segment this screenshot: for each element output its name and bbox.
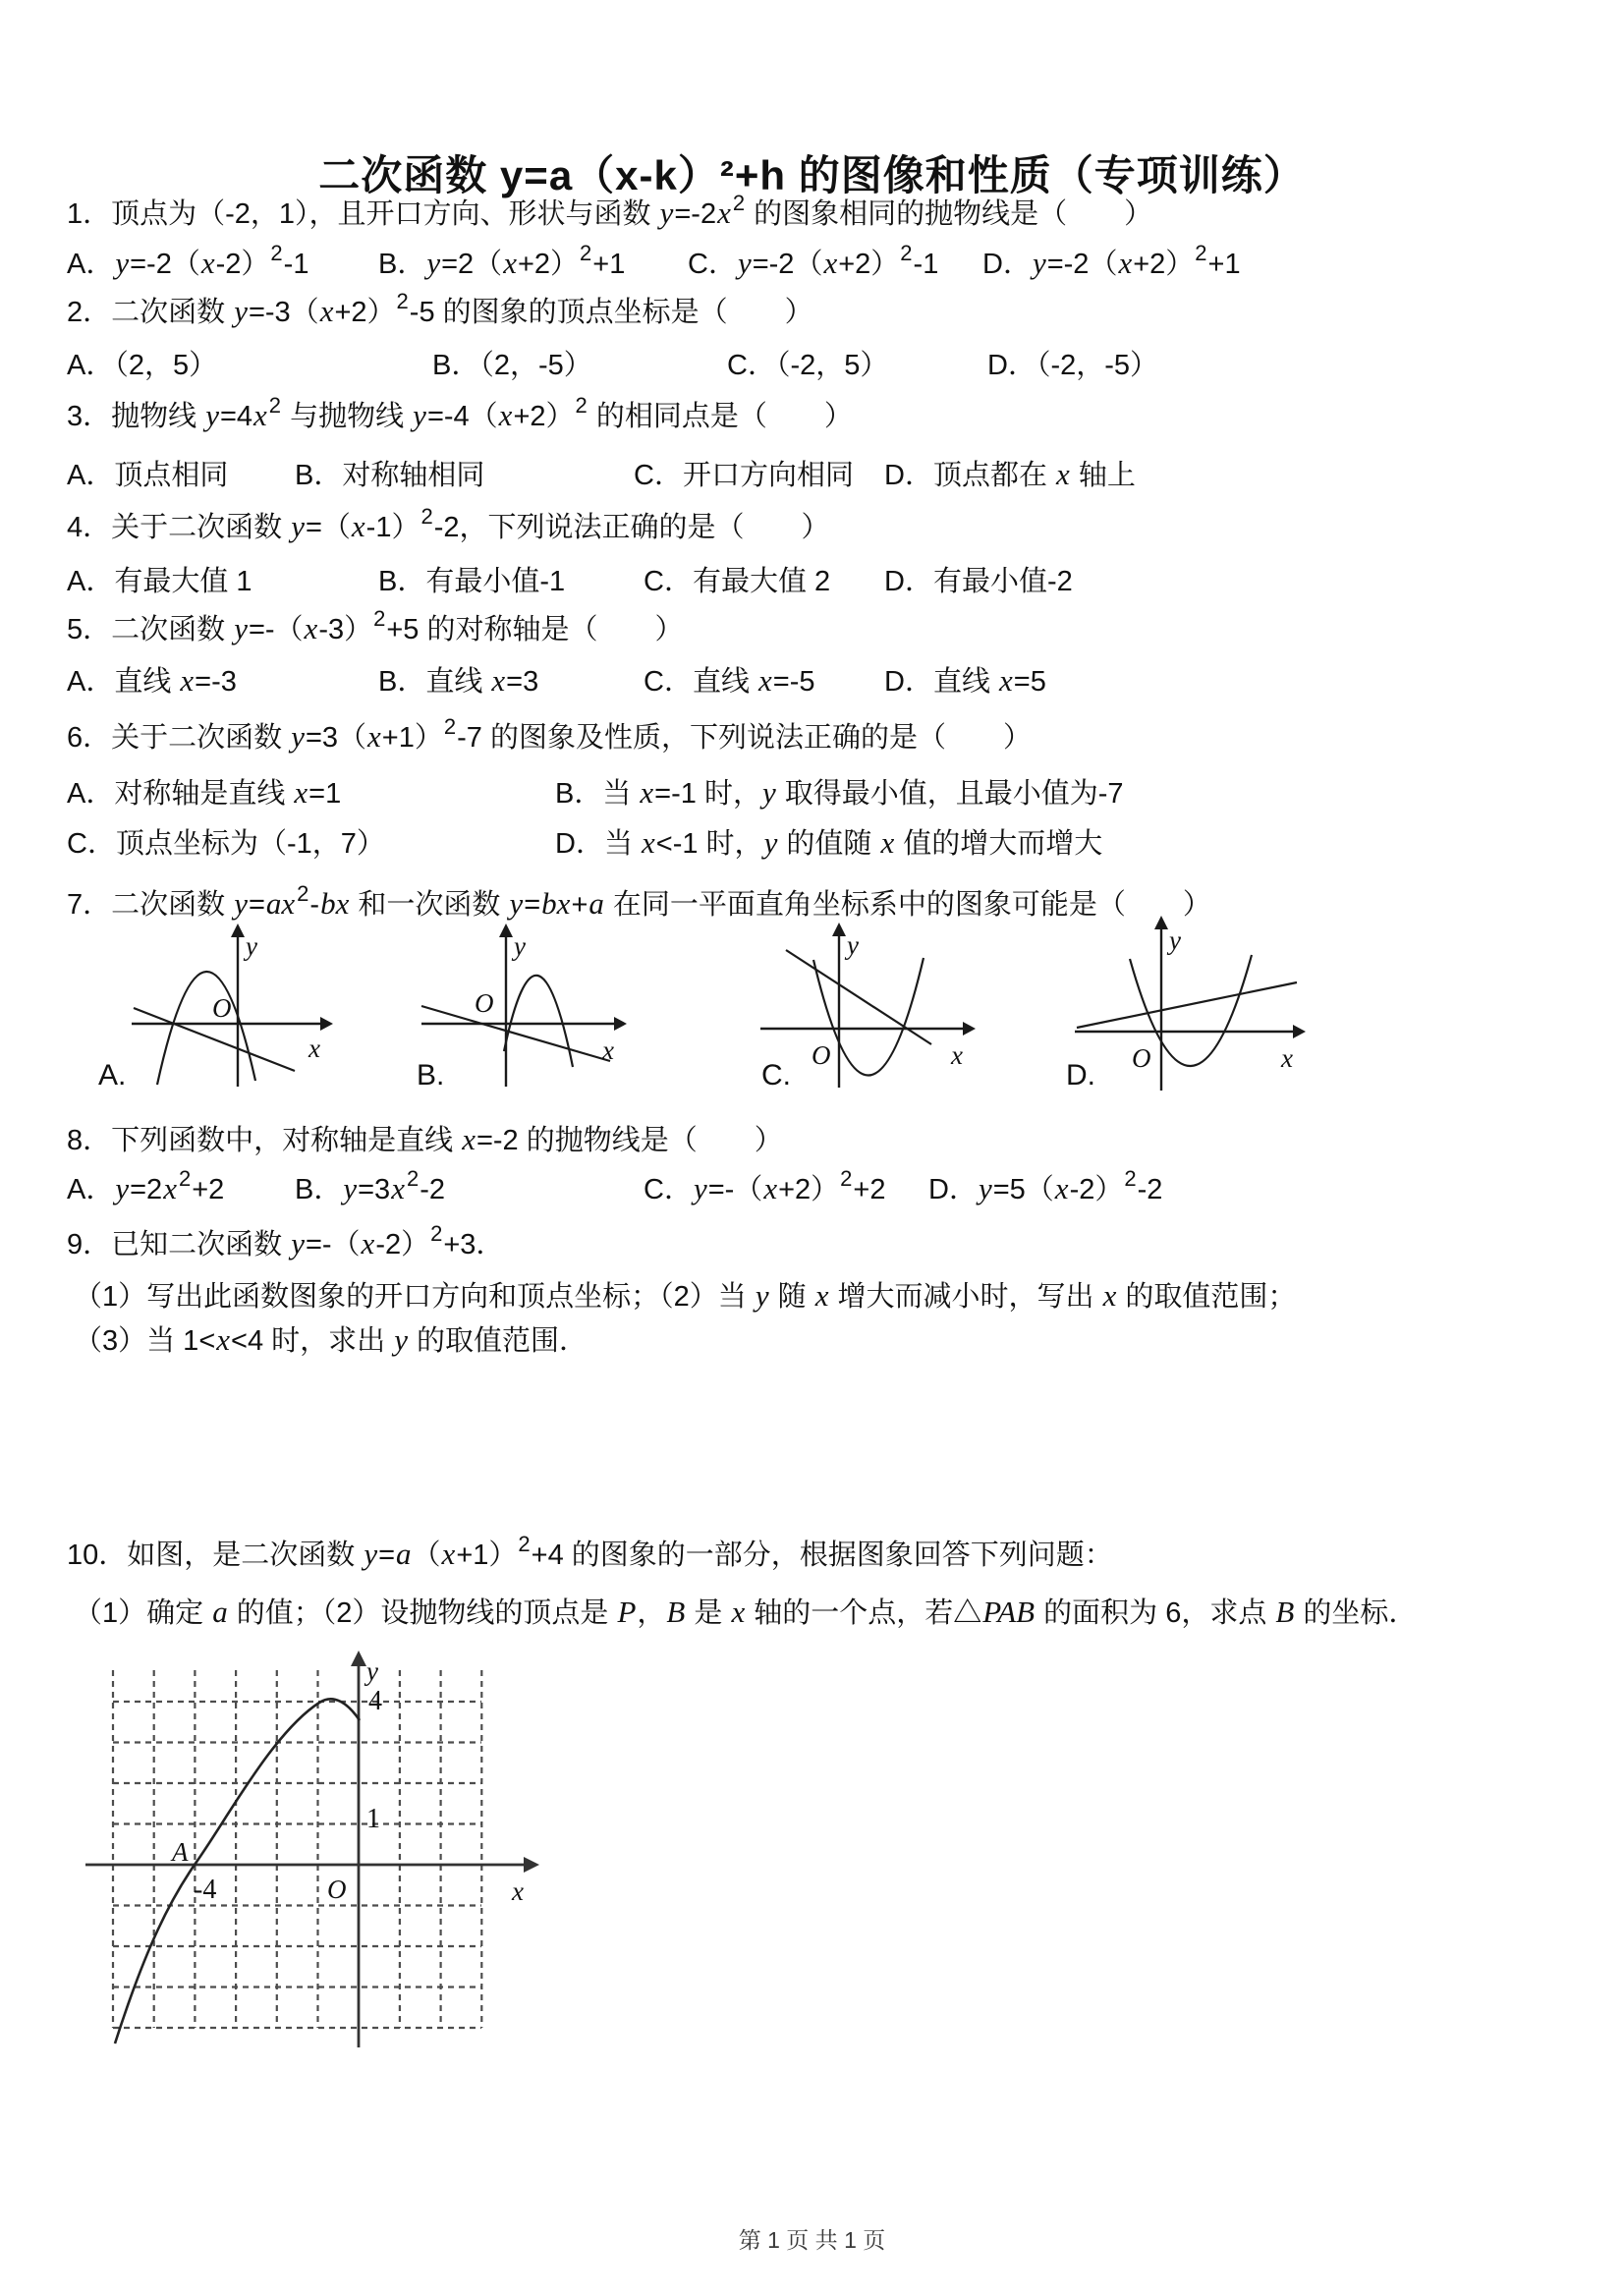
x-axis-label: x <box>1280 1043 1293 1073</box>
y-arrow-icon <box>351 1651 366 1666</box>
q7-graph-d: y O x <box>1071 912 1307 1093</box>
tick-label-4: 4 <box>368 1686 382 1716</box>
question-2-stem: 2．二次函数 y=-3（x+2）2-5 的图象的顶点坐标是（ ） <box>67 291 813 335</box>
question-5-options: A．直线 x=-3 B．直线 x=3 C．直线 x=-5 D．直线 x=5 <box>67 660 1046 702</box>
option-a: A．y=2x2+2 <box>67 1168 295 1212</box>
question-10-stem: 10．如图，是二次函数 y=a（x+1）2+4 的图象的一部分，根据图象回答下列… <box>67 1534 1113 1578</box>
q10-figure: y 4 1 -4 O A x <box>84 1651 545 2068</box>
question-1-options: A．y=-2（x-2）2-1 B．y=2（x+2）2+1 C．y=-2（x+2）… <box>67 243 1241 287</box>
option-a: A．y=-2（x-2）2-1 <box>67 243 378 287</box>
y-arrow-icon <box>231 924 245 937</box>
x-arrow-icon <box>320 1017 333 1031</box>
option-b: B．y=3x2-2 <box>295 1168 644 1212</box>
option-a: A．直线 x=-3 <box>67 660 378 702</box>
option-d: D．y=-2（x+2）2+1 <box>982 243 1241 287</box>
y-axis-label: y <box>243 931 257 961</box>
question-2-options: A．（2，5） B．（2，-5） C．（-2，5） D．（-2，-5） <box>67 345 1158 386</box>
worksheet-page: 二次函数 y=a（x-k）²+h 的图像和性质（专项训练） 1．顶点为（-2，1… <box>0 0 1624 2296</box>
option-a: A．（2，5） <box>67 345 432 386</box>
question-10-part-1-2: （1）确定 a 的值；（2）设抛物线的顶点是 P，B 是 x 轴的一个点，若△P… <box>74 1592 1417 1634</box>
option-b: B．当 x=-1 时，y 取得最小值，且最小值为-7 <box>555 772 1124 814</box>
question-5-stem: 5．二次函数 y=-（x-3）2+5 的对称轴是（ ） <box>67 608 683 652</box>
x-axis-label: x <box>950 1040 963 1070</box>
graph-label-c: C. <box>761 1059 791 1092</box>
question-1-stem: 1．顶点为（-2，1），且开口方向、形状与函数 y=-2x2 的图象相同的抛物线… <box>67 193 1152 237</box>
x-axis-label: x <box>511 1876 524 1906</box>
option-c: C．y=-2（x+2）2-1 <box>688 243 982 287</box>
option-d: D．直线 x=5 <box>884 660 1046 702</box>
question-6-options-row-2: C．顶点坐标为（-1，7） D．当 x<-1 时，y 的值随 x 值的增大而增大 <box>67 822 1102 865</box>
origin-label: O <box>212 993 232 1023</box>
option-b: B．y=2（x+2）2+1 <box>378 243 688 287</box>
option-d: D．有最小值-2 <box>884 561 1073 602</box>
grid-vertical-lines <box>113 1670 481 2028</box>
option-c: C．有最大值 2 <box>644 561 884 602</box>
option-c: C．（-2，5） <box>727 345 987 386</box>
option-a: A．对称轴是直线 x=1 <box>67 772 555 814</box>
option-b: B．有最小值-1 <box>378 561 644 602</box>
tick-label-neg4: -4 <box>194 1875 216 1905</box>
origin-label: O <box>475 988 494 1018</box>
graph-label-d: D. <box>1066 1059 1095 1092</box>
question-6-options-row-1: A．对称轴是直线 x=1 B．当 x=-1 时，y 取得最小值，且最小值为-7 <box>67 772 1124 814</box>
option-a: A．有最大值 1 <box>67 561 378 602</box>
y-axis-label: y <box>1166 925 1181 955</box>
point-a-label: A <box>170 1837 189 1867</box>
y-axis-label: y <box>844 930 859 960</box>
x-arrow-icon <box>1293 1025 1306 1038</box>
option-c: C．y=-（x+2）2+2 <box>644 1168 928 1212</box>
origin-label: O <box>1132 1043 1151 1073</box>
option-b: B．直线 x=3 <box>378 660 644 702</box>
y-arrow-icon <box>1154 916 1168 929</box>
question-8-options: A．y=2x2+2 B．y=3x2-2 C．y=-（x+2）2+2 D．y=5（… <box>67 1168 1162 1212</box>
line-graph <box>786 950 931 1044</box>
x-axis-label: x <box>601 1036 614 1065</box>
option-d: D．顶点都在 x 轴上 <box>884 454 1136 496</box>
option-a: A．顶点相同 <box>67 455 295 496</box>
line-graph <box>421 1006 610 1061</box>
parabola-curve <box>157 972 255 1085</box>
graph-label-b: B. <box>417 1059 444 1092</box>
y-axis-label: y <box>511 931 526 961</box>
x-arrow-icon <box>614 1017 627 1031</box>
option-d: D．y=5（x-2）2-2 <box>928 1168 1162 1212</box>
option-d: D．当 x<-1 时，y 的值随 x 值的增大而增大 <box>555 822 1102 865</box>
q7-graph-a: y O x <box>128 922 334 1089</box>
question-6-stem: 6．关于二次函数 y=3（x+1）2-7 的图象及性质，下列说法正确的是（ ） <box>67 716 1032 760</box>
option-b: B．（2，-5） <box>432 345 727 386</box>
x-axis-label: x <box>308 1034 320 1063</box>
page-footer: 第 1 页 共 1 页 <box>0 2222 1624 2255</box>
y-arrow-icon <box>832 923 846 936</box>
question-4-options: A．有最大值 1 B．有最小值-1 C．有最大值 2 D．有最小值-2 <box>67 561 1073 602</box>
y-axis-label: y <box>364 1656 378 1686</box>
y-arrow-icon <box>499 924 513 937</box>
question-9-part-3: （3）当 1<x<4 时，求出 y 的取值范围． <box>74 1319 588 1362</box>
q7-graph-b: y O x <box>418 922 629 1089</box>
option-b: B．对称轴相同 <box>295 455 634 496</box>
x-arrow-icon <box>524 1857 539 1873</box>
x-arrow-icon <box>963 1022 976 1036</box>
graph-label-a: A. <box>98 1059 126 1092</box>
question-4-stem: 4．关于二次函数 y=（x-1）2-2，下列说法正确的是（ ） <box>67 506 830 550</box>
option-c: C．顶点坐标为（-1，7） <box>67 823 555 865</box>
tick-label-1: 1 <box>366 1804 380 1834</box>
option-d: D．（-2，-5） <box>987 345 1158 386</box>
parabola-curve <box>115 1699 360 2044</box>
origin-label: O <box>812 1040 831 1070</box>
question-8-stem: 8．下列函数中，对称轴是直线 x=-2 的抛物线是（ ） <box>67 1119 783 1161</box>
question-3-stem: 3．抛物线 y=4x2 与抛物线 y=-4（x+2）2 的相同点是（ ） <box>67 395 853 439</box>
question-3-options: A．顶点相同 B．对称轴相同 C．开口方向相同 D．顶点都在 x 轴上 <box>67 454 1136 496</box>
line-graph <box>1077 982 1297 1028</box>
question-9-stem: 9．已知二次函数 y=-（x-2）2+3． <box>67 1223 504 1267</box>
origin-label: O <box>327 1875 347 1904</box>
option-c: C．直线 x=-5 <box>644 660 884 702</box>
parabola-curve <box>504 976 573 1067</box>
option-c: C．开口方向相同 <box>634 455 884 496</box>
question-9-part-1-2: （1）写出此函数图象的开口方向和顶点坐标；（2）当 y 随 x 增大而减小时，写… <box>74 1275 1296 1317</box>
